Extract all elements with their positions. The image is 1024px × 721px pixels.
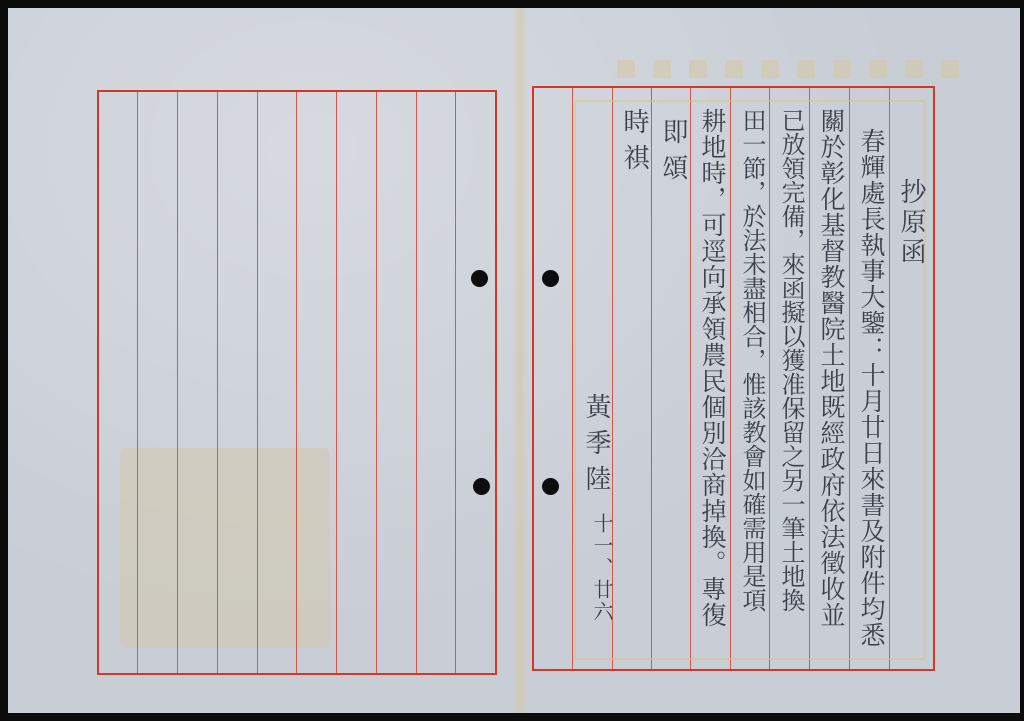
letter-line-5: 耕地時，可逕向承領農民個別洽商掉換。專復 <box>692 108 732 628</box>
faint-letterhead <box>613 60 963 80</box>
heading-copy-of-original: 抄原函 <box>891 178 931 268</box>
signature-name: 黃季陸 <box>576 393 616 501</box>
closing-greeting-2: 時祺 <box>614 108 654 180</box>
letter-line-3: 已放領完備，來函擬以獲准保留之另一筆土地換 <box>771 108 811 612</box>
punch-hole <box>542 478 559 495</box>
punch-hole <box>473 478 490 495</box>
punch-hole <box>542 270 559 287</box>
letter-line-4: 田一節，於法未盡相合，惟該教會如確需用是項 <box>732 108 772 612</box>
signature-date: 十一、廿六 <box>582 513 622 623</box>
punch-hole <box>471 270 488 287</box>
letter-line-1: 春輝處長執事大鑒：十月廿日來書及附件均悉 <box>851 128 891 648</box>
letter-line-2: 關於彰化基督教醫院土地既經政府依法徵收並 <box>811 108 851 628</box>
closing-greeting-1: 即頌 <box>653 118 693 190</box>
center-fold <box>513 8 527 713</box>
letter-sheet: 抄原函 春輝處長執事大鑒：十月廿日來書及附件均悉 關於彰化基督教醫院土地既經政府… <box>8 8 1020 713</box>
left-page-frame <box>97 90 497 675</box>
